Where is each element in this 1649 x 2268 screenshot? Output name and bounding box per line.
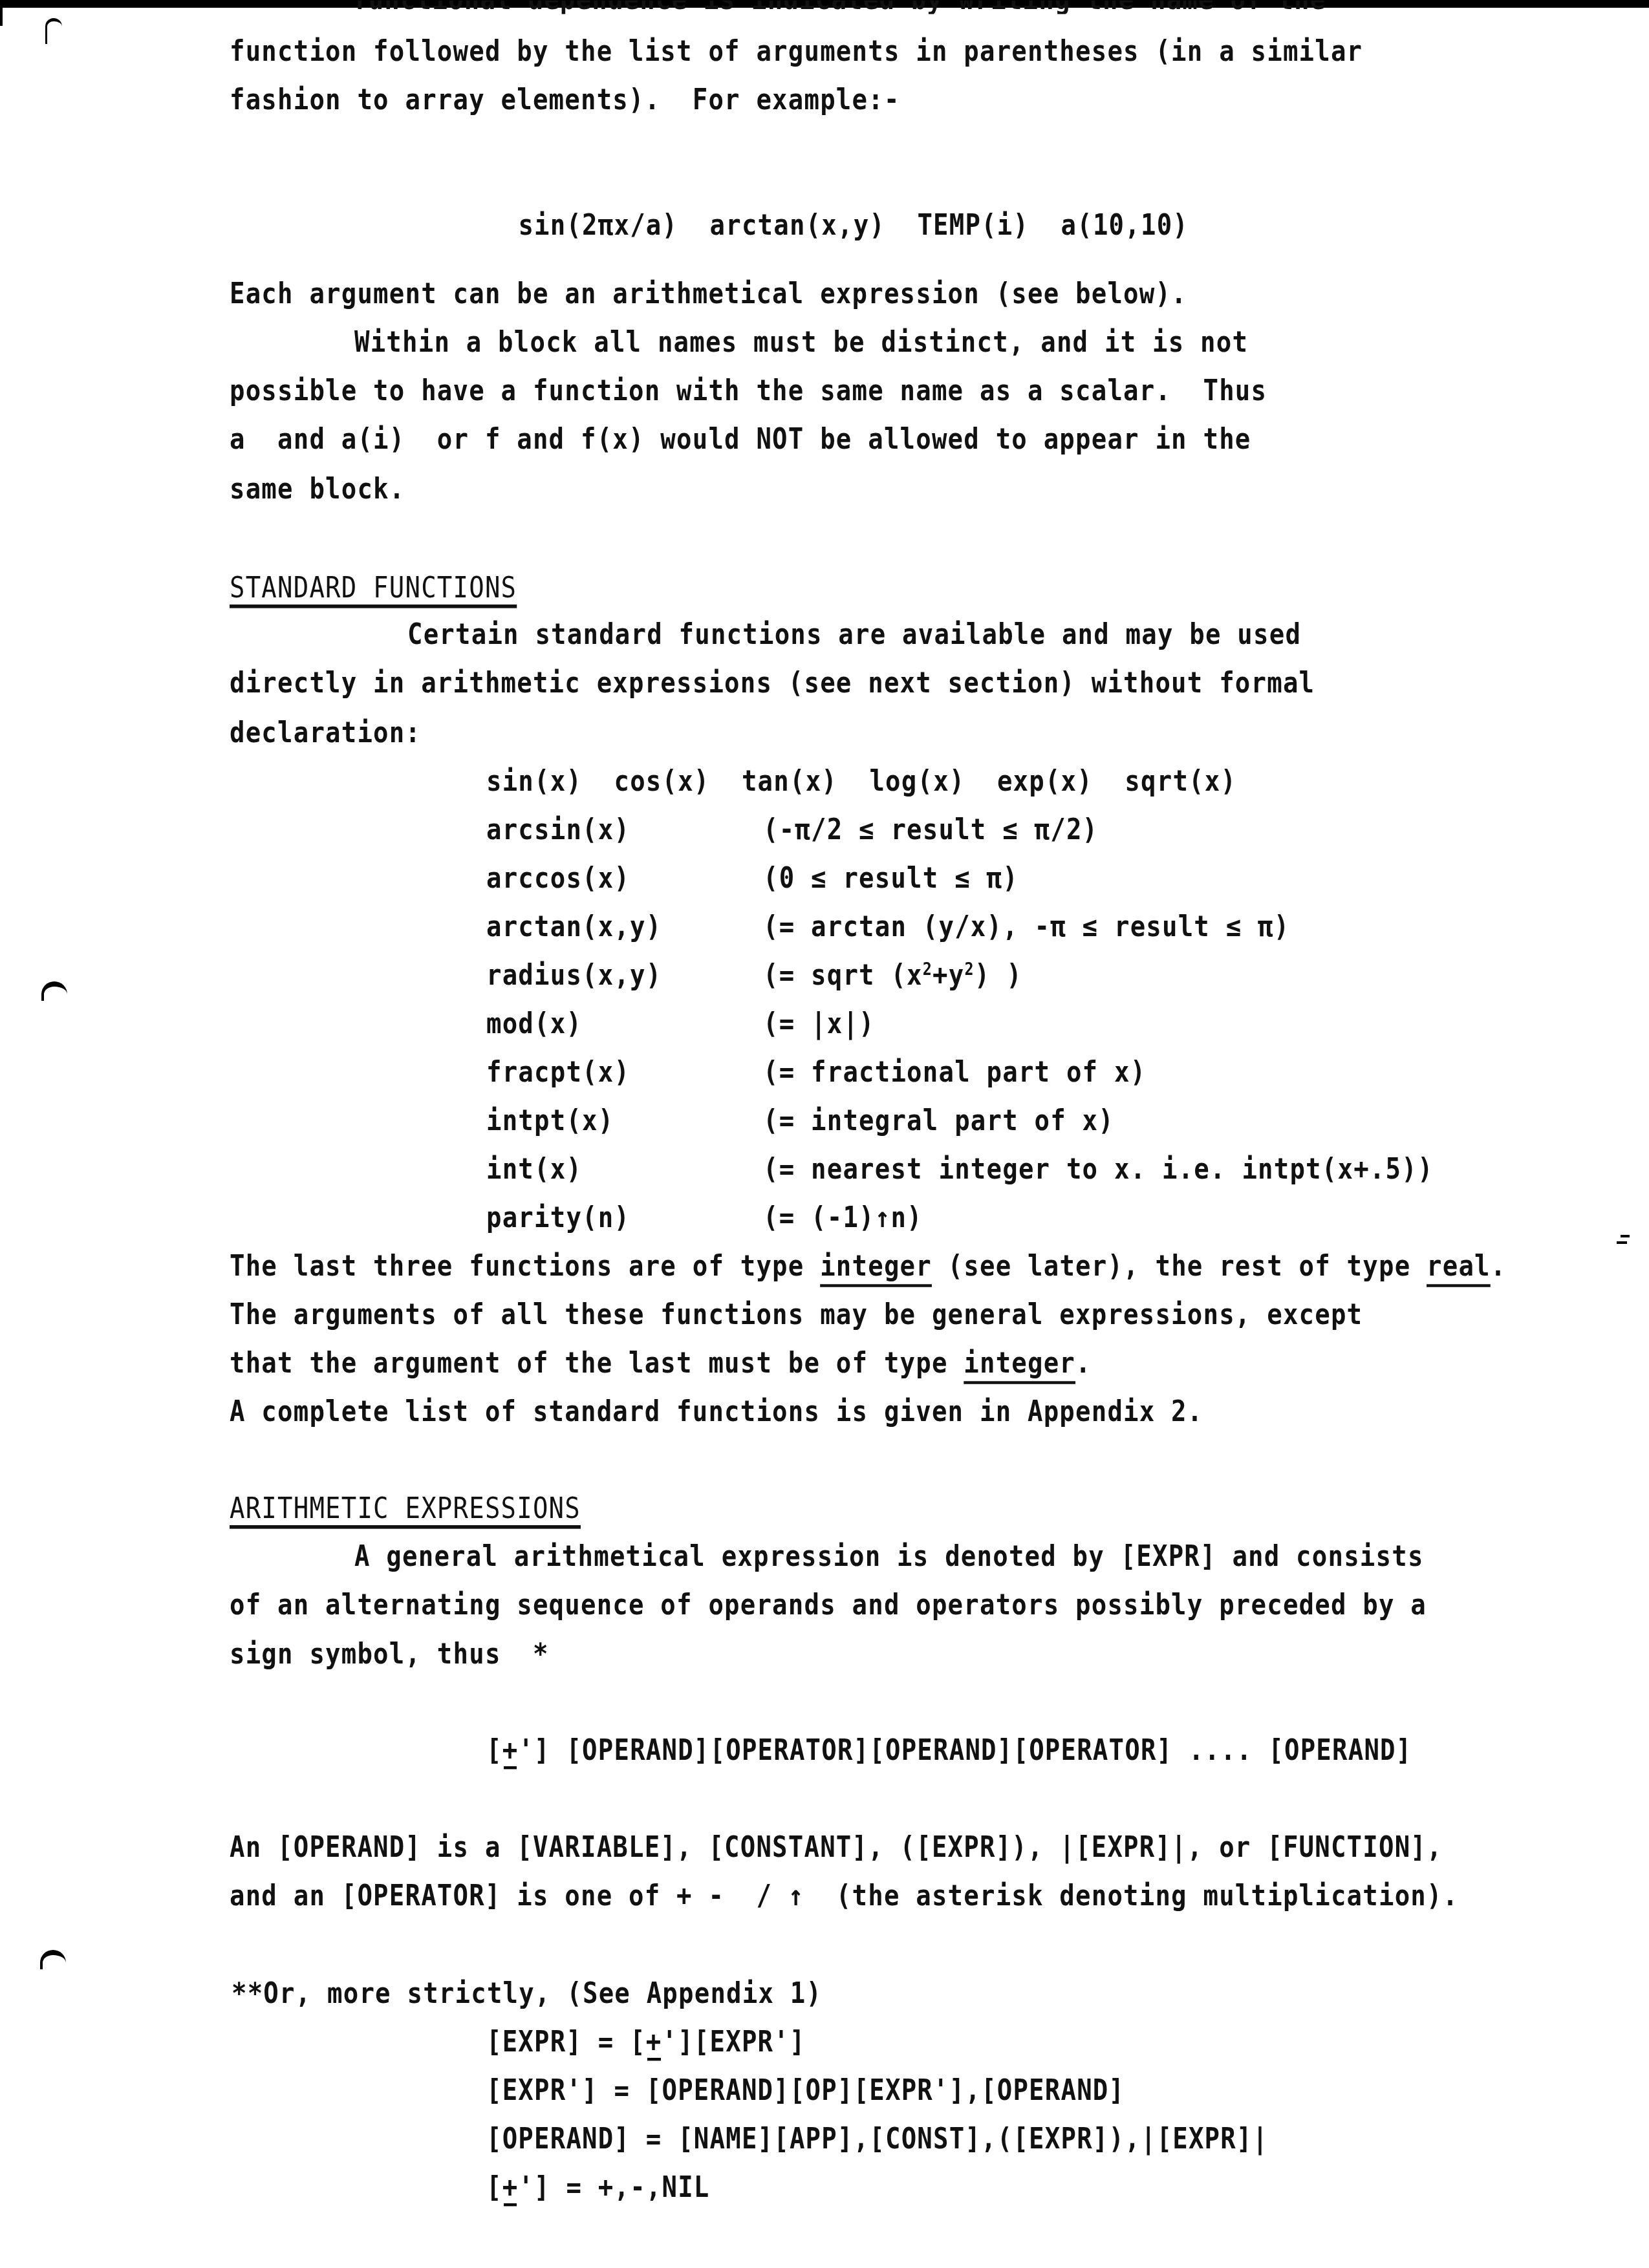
footnote-rule: [OPERAND] = [NAME][APP],[CONST],([EXPR])… xyxy=(486,2125,1268,2154)
footnote-rule: [+'] = +,-,NIL xyxy=(486,2174,710,2202)
function-name: arctan(x,y) xyxy=(486,913,662,941)
function-desc: (0 ≤ result ≤ π) xyxy=(763,864,1018,893)
edge-mark-icon xyxy=(1617,1241,1627,1244)
each-argument-line: Each argument can be an arithmetical exp… xyxy=(230,280,1187,308)
function-desc: (= arctan (y/x), -π ≤ result ≤ π) xyxy=(763,913,1289,941)
function-desc: (= integral part of x) xyxy=(763,1107,1114,1135)
edge-mark-icon xyxy=(1621,1235,1630,1237)
standard-functions-intro-2: directly in arithmetic expressions (see … xyxy=(230,669,1315,698)
types-line-2: The arguments of all these functions may… xyxy=(230,1301,1363,1329)
function-item: sqrt(x) xyxy=(1125,765,1236,798)
plus-minus-symbol: + xyxy=(646,2028,662,2057)
simple-functions-list: sin(x) cos(x) tan(x) log(x) exp(x) sqrt(… xyxy=(486,767,1236,796)
underlined-type-integer: integer xyxy=(820,1250,932,1283)
text: . xyxy=(1491,1250,1507,1283)
function-desc: (= nearest integer to x. i.e. intpt(x+.5… xyxy=(763,1155,1434,1184)
function-name: int(x) xyxy=(486,1155,582,1184)
text: . xyxy=(1075,1347,1092,1380)
example-item: a(10,10) xyxy=(1061,209,1189,241)
intro-line-1: function followed by the list of argumen… xyxy=(230,37,1363,66)
arith-line-2: of an alternating sequence of operands a… xyxy=(230,1591,1427,1620)
standard-functions-intro-3: declaration: xyxy=(230,719,421,747)
punch-hole-mark-middle-icon xyxy=(41,981,67,1001)
function-desc: (= fractional part of x) xyxy=(763,1058,1146,1087)
types-line-1: The last three functions are of type int… xyxy=(230,1252,1506,1281)
names-paragraph-line-3: a and a(i) or f and f(x) would NOT be al… xyxy=(230,425,1251,454)
footnote-intro: **Or, more strictly, (See Appendix 1) xyxy=(232,1980,822,2008)
appendix-line: A complete list of standard functions is… xyxy=(230,1398,1203,1426)
footnote-rule: [EXPR] = [+'][EXPR'] xyxy=(486,2028,806,2057)
text: '] = +,-,NIL xyxy=(518,2172,709,2204)
text: [ xyxy=(486,1735,502,1767)
function-name: intpt(x) xyxy=(486,1107,614,1135)
underlined-type-integer: integer xyxy=(964,1347,1075,1380)
arith-line-1: A general arithmetical expression is den… xyxy=(354,1543,1424,1571)
text: The last three functions are of type xyxy=(230,1250,820,1283)
standard-functions-intro-1: Certain standard functions are available… xyxy=(407,621,1301,649)
text: that the argument of the last must be of… xyxy=(230,1347,964,1380)
text: [ xyxy=(486,2172,502,2204)
punch-hole-mark-top-icon xyxy=(45,18,62,44)
names-paragraph-line-1: Within a block all names must be distinc… xyxy=(354,328,1248,357)
function-name: radius(x,y) xyxy=(486,961,662,990)
example-item: arctan(x,y) xyxy=(710,209,885,241)
arith-line-3: sign symbol, thus * xyxy=(230,1640,549,1669)
function-name: mod(x) xyxy=(486,1010,582,1038)
example-item: TEMP(i) xyxy=(917,209,1029,241)
desc-text: (= sqrt (x xyxy=(763,959,923,992)
function-name: arcsin(x) xyxy=(486,816,630,844)
section-heading-standard-functions: STANDARD FUNCTIONS xyxy=(230,574,517,603)
desc-text: ) ) xyxy=(975,959,1022,992)
text: [EXPR] = [ xyxy=(486,2026,646,2059)
operator-definition: and an [OPERATOR] is one of + - / ↑ (the… xyxy=(230,1882,1458,1910)
types-line-3: that the argument of the last must be of… xyxy=(230,1349,1092,1378)
function-name: parity(n) xyxy=(486,1204,630,1232)
operand-definition: An [OPERAND] is a [VARIABLE], [CONSTANT]… xyxy=(230,1834,1443,1862)
intro-line-2: fashion to array elements). For example:… xyxy=(230,86,900,114)
desc-text: +y xyxy=(932,959,964,992)
plus-minus-symbol: + xyxy=(502,2174,519,2202)
function-item: exp(x) xyxy=(997,765,1093,798)
expression-syntax: [+'] [OPERAND][OPERATOR][OPERAND][OPERAT… xyxy=(486,1737,1412,1765)
function-desc: (= (-1)↑n) xyxy=(763,1204,923,1232)
function-desc: (= sqrt (x2+y2) ) xyxy=(763,961,1022,990)
example-item: sin(2πx/a) xyxy=(518,209,678,241)
superscript: 2 xyxy=(964,959,974,979)
footnote-rule: [EXPR'] = [OPERAND][OP][EXPR'],[OPERAND] xyxy=(486,2077,1125,2105)
superscript: 2 xyxy=(923,959,932,979)
text: '][EXPR'] xyxy=(662,2026,806,2059)
function-item: cos(x) xyxy=(614,765,709,798)
text: (see later), the rest of type xyxy=(932,1250,1427,1283)
function-item: log(x) xyxy=(869,765,965,798)
punch-hole-mark-bottom-icon xyxy=(40,1950,66,1969)
function-item: sin(x) xyxy=(486,765,582,798)
function-name: arccos(x) xyxy=(486,864,630,893)
underlined-type-real: real xyxy=(1427,1250,1491,1283)
text: '] [OPERAND][OPERATOR][OPERAND][OPERATOR… xyxy=(518,1735,1412,1767)
cutoff-line: functional dependence is indicated by wr… xyxy=(352,0,1326,14)
examples-line: sin(2πx/a) arctan(x,y) TEMP(i) a(10,10) xyxy=(486,183,1189,239)
scan-left-edge xyxy=(0,0,3,26)
function-desc: (-π/2 ≤ result ≤ π/2) xyxy=(763,816,1098,844)
function-name: fracpt(x) xyxy=(486,1058,630,1087)
plus-minus-symbol: + xyxy=(502,1737,519,1765)
function-desc: (= |x|) xyxy=(763,1010,875,1038)
function-item: tan(x) xyxy=(742,765,837,798)
section-heading-arithmetic-expressions: ARITHMETIC EXPRESSIONS xyxy=(230,1495,581,1523)
names-paragraph-line-4: same block. xyxy=(230,475,405,504)
names-paragraph-line-2: possible to have a function with the sam… xyxy=(230,377,1267,405)
